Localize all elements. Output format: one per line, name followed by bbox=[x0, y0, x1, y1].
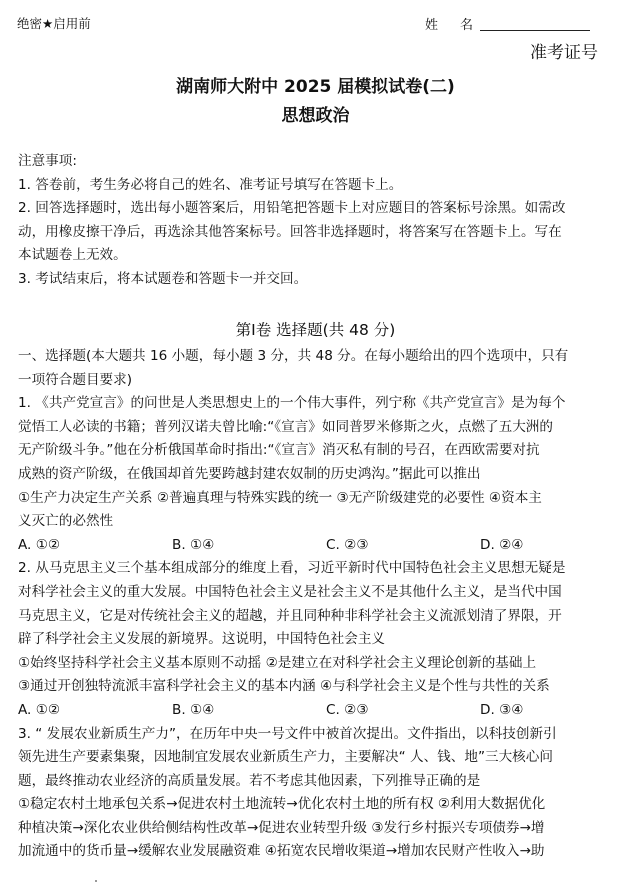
confidential-label: 绝密★启用前 bbox=[17, 14, 91, 32]
question-text-line: 题，最终推动农业经济的高质量发展。若不考虑其他因素，下列推导正确的是 bbox=[18, 770, 618, 794]
answer-options: A. ①② B. ①④ C. ②③ D. ②④ bbox=[18, 534, 618, 558]
option-a[interactable]: A. ①② bbox=[18, 534, 172, 558]
exam-title: 湖南师大附中 2025 届模拟试卷(二) bbox=[0, 72, 631, 97]
notes-line: 本试题卷上无效。 bbox=[18, 244, 618, 268]
name-label-char-1: 姓 bbox=[425, 18, 438, 33]
scan-speck bbox=[95, 880, 97, 882]
name-label: 姓名 bbox=[425, 14, 473, 33]
notes-heading: 注意事项: bbox=[18, 150, 618, 174]
notes-line: 1. 答卷前，考生务必将自己的姓名、准考证号填写在答题卡上。 bbox=[18, 174, 618, 198]
notes-line: 动，用橡皮擦干净后，再选涂其他答案标号。回答非选择题时，将答案写在答题卡上。写在 bbox=[18, 221, 618, 245]
questions-section: 一、选择题(本大题共 16 小题，每小题 3 分，共 48 分。在每小题给出的四… bbox=[18, 345, 618, 864]
answer-options: A. ①② B. ①④ C. ②③ D. ③④ bbox=[18, 699, 618, 723]
question-2: 2. 从马克思主义三个基本组成部分的维度上看，习近平新时代中国特色社会主义思想无… bbox=[18, 557, 618, 722]
question-text-line: 3. “ 发展农业新质生产力”，在历年中央一号文件中被首次提出。文件指出，以科技… bbox=[18, 723, 618, 747]
notes-line: 3. 考试结束后，将本试题卷和答题卡一并交回。 bbox=[18, 268, 618, 292]
question-text-line: 义灭亡的必然性 bbox=[18, 510, 618, 534]
question-text-line: 种植决策→深化农业供给侧结构性改革→促进农业转型升级 ③发行乡村振兴专项债券→增 bbox=[18, 817, 618, 841]
option-c[interactable]: C. ②③ bbox=[326, 534, 480, 558]
option-d[interactable]: D. ②④ bbox=[480, 534, 593, 558]
exam-id-label: 准考证号 bbox=[530, 38, 598, 63]
notes-section: 注意事项: 1. 答卷前，考生务必将自己的姓名、准考证号填写在答题卡上。 2. … bbox=[18, 150, 618, 292]
name-label-char-2: 名 bbox=[460, 18, 473, 33]
question-text-line: 无产阶级斗争。”他在分析俄国革命时指出:“《宣言》消灭私有制的号召，在西欧需要对… bbox=[18, 439, 618, 463]
option-d[interactable]: D. ③④ bbox=[480, 699, 593, 723]
question-text-line: 对科学社会主义的重大发展。中国特色社会主义是社会主义不是其他什么主义，是当代中国 bbox=[18, 581, 618, 605]
question-1: 1. 《共产党宣言》的问世是人类思想史上的一个伟大事件，列宁称《共产党宣言》是为… bbox=[18, 392, 618, 557]
question-text-line: 马克思主义，它是对传统社会主义的超越，并且同种种非科学社会主义流派划清了界限，开 bbox=[18, 605, 618, 629]
section-instruction: 一、选择题(本大题共 16 小题，每小题 3 分，共 48 分。在每小题给出的四… bbox=[18, 345, 618, 369]
question-text-line: 成熟的资产阶级，在俄国却首先要跨越封建农奴制的历史鸿沟。”据此可以推出 bbox=[18, 463, 618, 487]
question-text-line: 1. 《共产党宣言》的问世是人类思想史上的一个伟大事件，列宁称《共产党宣言》是为… bbox=[18, 392, 618, 416]
question-text-line: ①始终坚持科学社会主义基本原则不动摇 ②是建立在对科学社会主义理论创新的基础上 bbox=[18, 652, 618, 676]
question-text-line: 领先进生产要素集聚，因地制宜发展农业新质生产力，主要解决“ 人、钱、地”三大核心… bbox=[18, 746, 618, 770]
option-a[interactable]: A. ①② bbox=[18, 699, 172, 723]
question-text-line: ①生产力决定生产关系 ②普遍真理与特殊实践的统一 ③无产阶级建党的必要性 ④资本… bbox=[18, 487, 618, 511]
notes-line: 2. 回答选择题时，选出每小题答案后，用铅笔把答题卡上对应题目的答案标号涂黑。如… bbox=[18, 197, 618, 221]
option-b[interactable]: B. ①④ bbox=[172, 699, 326, 723]
question-text-line: 觉悟工人必读的书籍；普列汉诺夫曾比喻:“《宣言》如同普罗米修斯之火，点燃了五大洲… bbox=[18, 416, 618, 440]
question-text-line: 辟了科学社会主义发展的新境界。这说明，中国特色社会主义 bbox=[18, 628, 618, 652]
question-3: 3. “ 发展农业新质生产力”，在历年中央一号文件中被首次提出。文件指出，以科技… bbox=[18, 723, 618, 865]
option-b[interactable]: B. ①④ bbox=[172, 534, 326, 558]
question-text-line: ①稳定农村土地承包关系→促进农村土地流转→优化农村土地的所有权 ②利用大数据优化 bbox=[18, 793, 618, 817]
section-instruction: 一项符合题目要求) bbox=[18, 369, 618, 393]
name-blank-line bbox=[480, 30, 590, 31]
question-text-line: 2. 从马克思主义三个基本组成部分的维度上看，习近平新时代中国特色社会主义思想无… bbox=[18, 557, 618, 581]
section-title: 第Ⅰ卷 选择题(共 48 分) bbox=[0, 318, 631, 340]
subject-title: 思想政治 bbox=[0, 101, 631, 126]
question-text-line: ③通过开创独特流派丰富科学社会主义的基本内涵 ④与科学社会主义是个性与共性的关系 bbox=[18, 675, 618, 699]
question-text-line: 加流通中的货币量→缓解农业发展融资难 ④拓宽农民增收渠道→增加农民财产性收入→助 bbox=[18, 840, 618, 864]
option-c[interactable]: C. ②③ bbox=[326, 699, 480, 723]
